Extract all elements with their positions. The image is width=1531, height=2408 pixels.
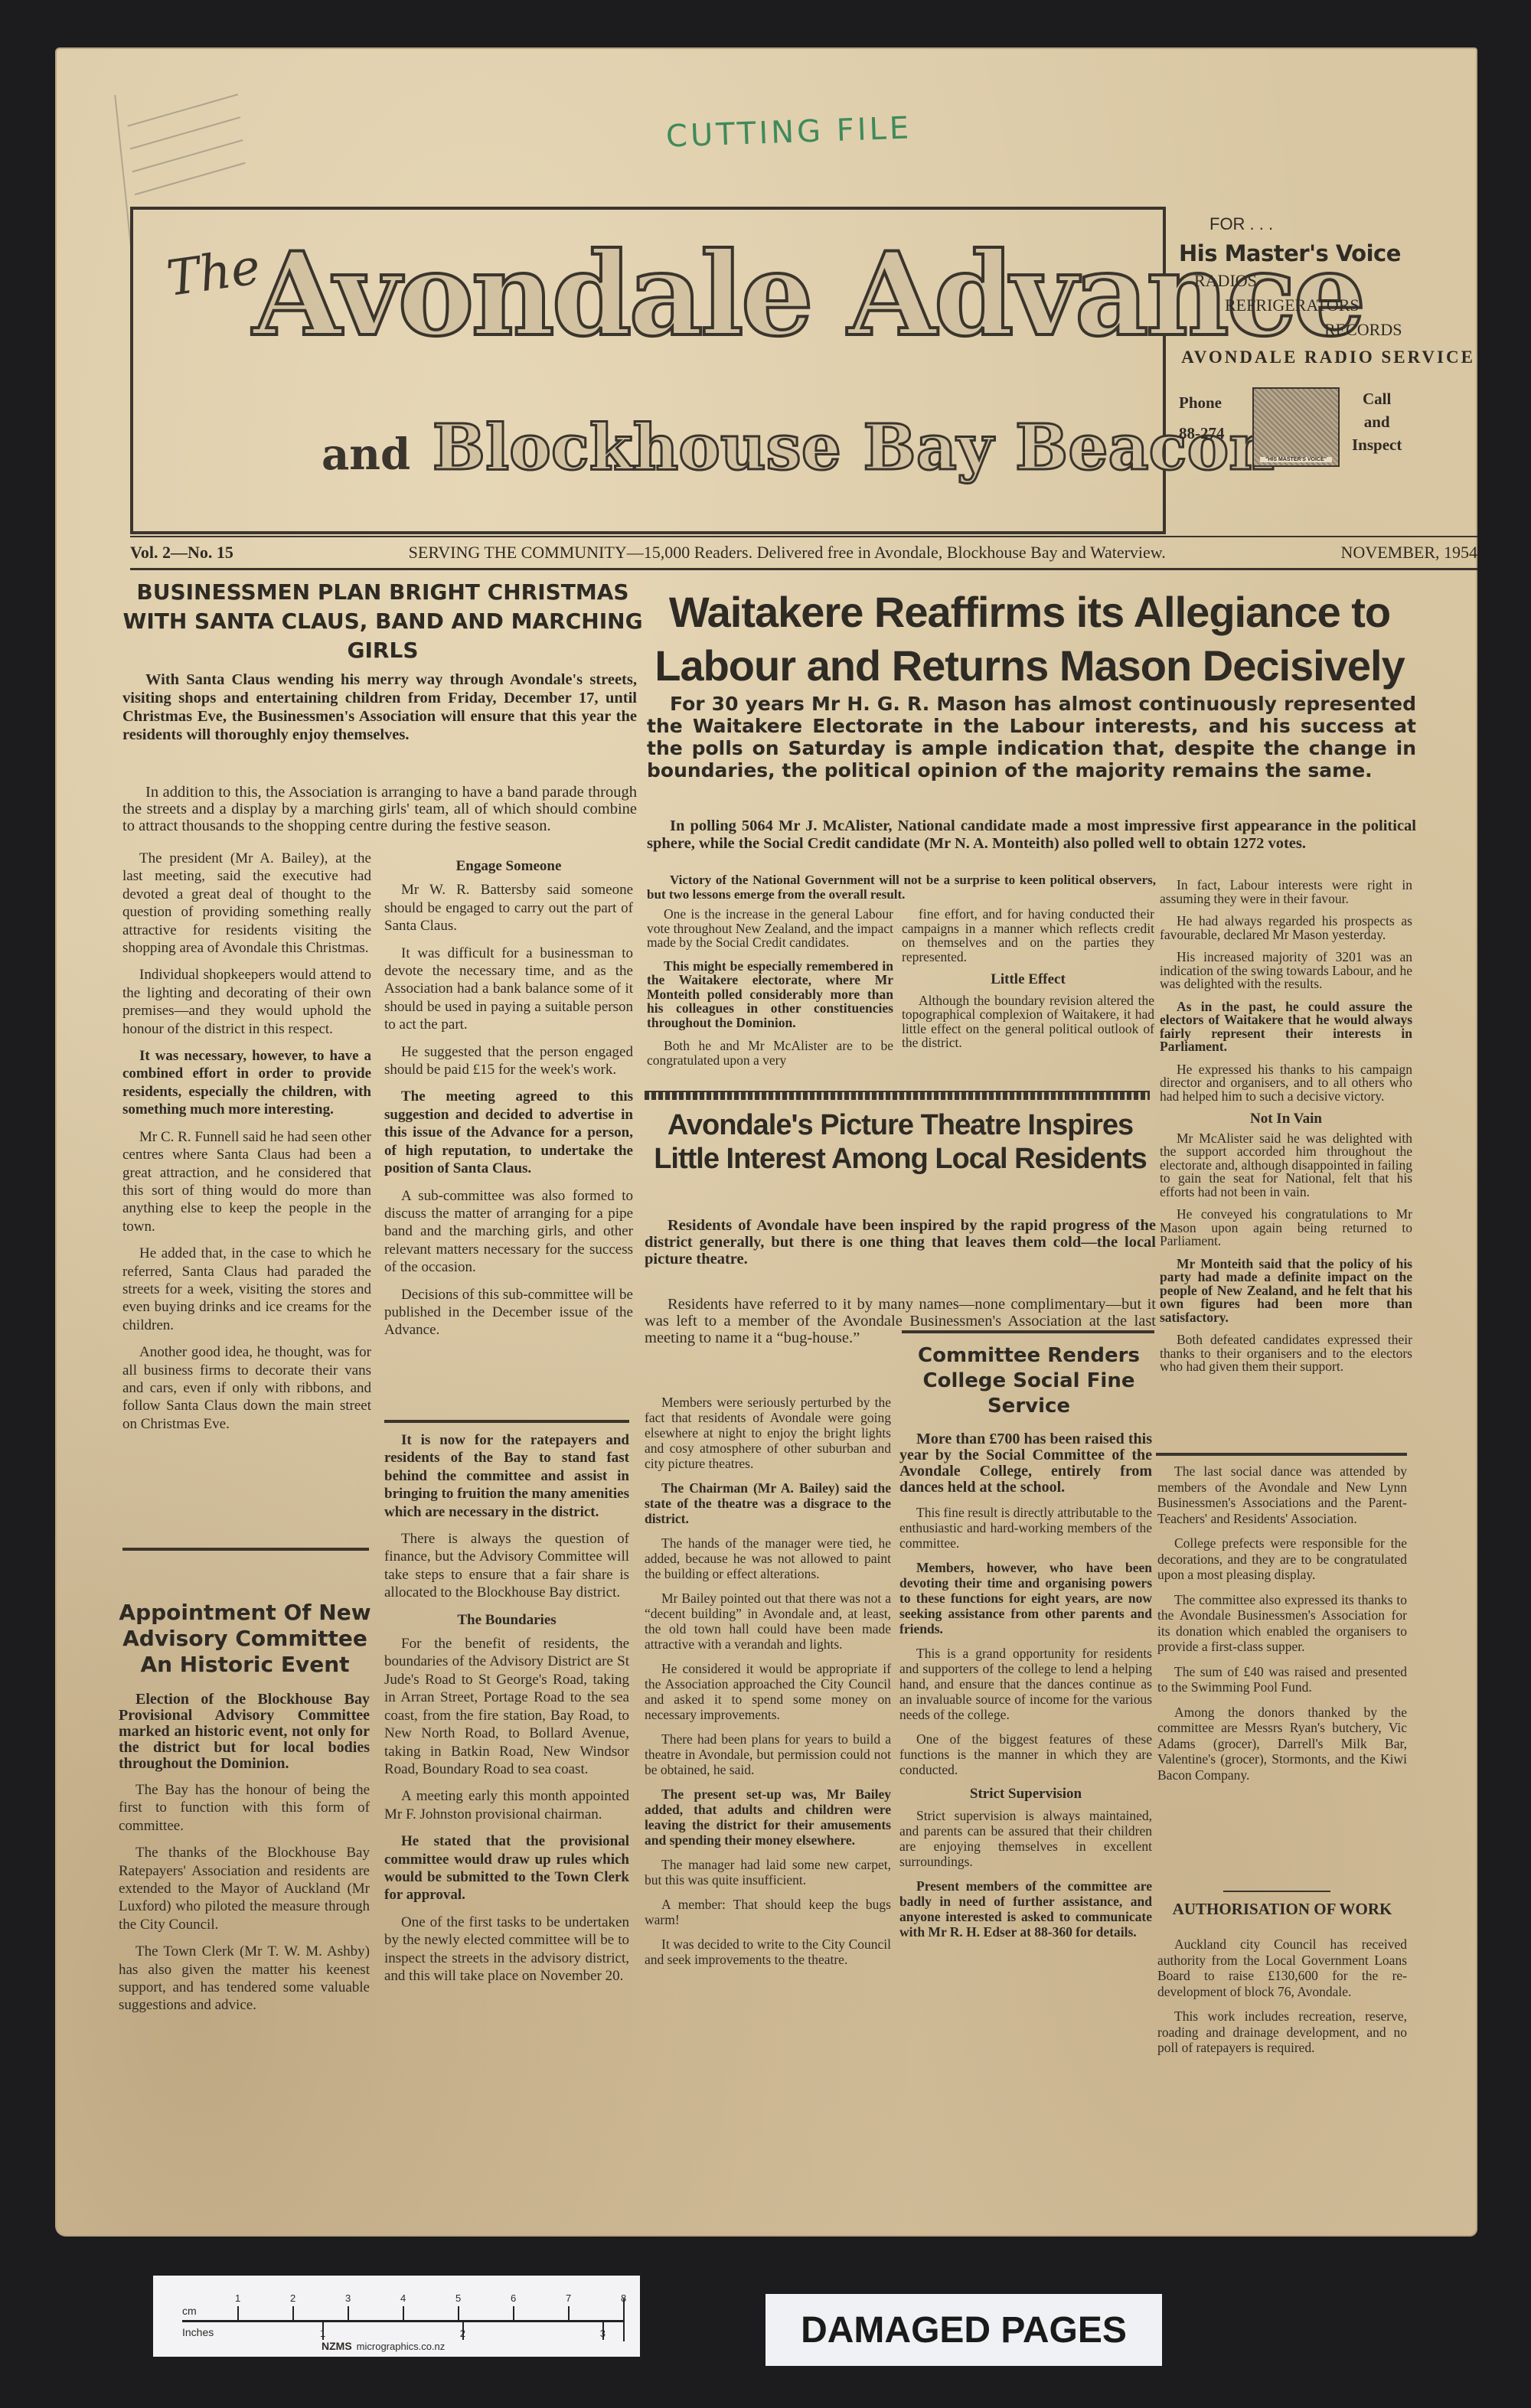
paragraph: It is now for the ratepayers and residen… — [384, 1431, 629, 1521]
christmas-col2: Engage Someone Mr W. R. Battersby said s… — [384, 850, 633, 1349]
ad-item: REFRIGERATORS — [1225, 295, 1477, 315]
theatre-lead2: Residents have referred to it by many na… — [645, 1296, 1156, 1346]
cm-tick — [237, 2306, 239, 2322]
paragraph: The committee also expressed its thanks … — [1157, 1592, 1407, 1655]
paragraph: He expressed his thanks to his campaign … — [1160, 1063, 1412, 1104]
inch-tick-label: 2 — [460, 2328, 465, 2339]
ad-brand: His Master's Voice — [1179, 240, 1477, 266]
logo-caption: "HIS MASTER'S VOICE" — [1260, 457, 1332, 462]
paragraph: Mr C. R. Funnell said he had seen other … — [122, 1128, 371, 1235]
waitakere-lead2: In polling 5064 Mr J. McAlister, Nationa… — [647, 817, 1416, 853]
hmv-advertisement: FOR . . . His Master's Voice RADIOS REFR… — [1179, 214, 1477, 467]
paragraph: For the benefit of residents, the bounda… — [384, 1635, 629, 1778]
college-col2: The last social dance was attended by me… — [1157, 1463, 1407, 1792]
paragraph: The Town Clerk (Mr T. W. M. Ashby) has a… — [119, 1943, 370, 2015]
ad-call-to-action: Call and Inspect — [1352, 387, 1402, 456]
paragraph: One of the first tasks to be undertaken … — [384, 1914, 629, 1985]
divider — [122, 1548, 369, 1551]
cm-tick — [403, 2306, 404, 2322]
paragraph: As in the past, he could assure the elec… — [1160, 1000, 1412, 1054]
ad-business: AVONDALE RADIO SERVICE — [1179, 347, 1477, 367]
authorisation-body-list: Auckland city Council has received autho… — [1157, 1937, 1407, 2056]
divider — [1156, 1453, 1407, 1456]
theatre-col1-body: Members were seriously perturbed by the … — [645, 1395, 891, 1967]
paragraph: Individual shopkeepers would attend to t… — [122, 966, 371, 1038]
cm-tick-label: 3 — [345, 2292, 351, 2304]
paragraph: In fact, Labour interests were right in … — [1160, 879, 1412, 905]
hmv-logo-icon: "HIS MASTER'S VOICE" — [1252, 387, 1340, 467]
divider — [902, 1330, 1154, 1333]
cm-tick — [568, 2306, 570, 2322]
scale-ruler-card: cm Inches 12345678123 NZMSmicrographics.… — [153, 2276, 640, 2357]
cm-label: cm — [182, 2305, 197, 2317]
damaged-pages-label: DAMAGED PAGES — [765, 2294, 1162, 2366]
paragraph: He considered it would be appropriate if… — [645, 1661, 891, 1722]
paragraph: Mr Monteith said that the policy of his … — [1160, 1258, 1412, 1325]
cta-word: Call — [1352, 387, 1402, 410]
paragraph: The meeting agreed to this suggestion an… — [384, 1088, 633, 1177]
waitakere-col2: fine effort, and for having conducted th… — [902, 907, 1154, 1059]
cm-tick — [292, 2306, 294, 2322]
paragraph: He had always regarded his prospects as … — [1160, 915, 1412, 941]
paragraph: It was necessary, however, to have a com… — [122, 1047, 371, 1119]
paragraph: The president (Mr A. Bailey), at the las… — [122, 850, 371, 957]
paragraph: Members, however, who have been devoting… — [899, 1560, 1152, 1636]
waitakere-subhead: Little Effect — [902, 973, 1154, 987]
college-lead: More than £700 has been raised this year… — [899, 1431, 1152, 1496]
authorisation-body: Auckland city Council has received autho… — [1157, 1937, 1407, 2065]
advisory-headline: Appointment Of New Advisory Committee An… — [119, 1600, 371, 1678]
paragraph: Mr W. R. Battersby said someone should b… — [384, 881, 633, 935]
paragraph: Members were seriously perturbed by the … — [645, 1395, 891, 1471]
brand-name: NZMS — [322, 2340, 352, 2352]
ad-phone: Phone 88-274 — [1179, 387, 1240, 449]
paragraph: The Bay has the honour of being the firs… — [119, 1781, 370, 1835]
ad-item: RADIOS — [1194, 271, 1477, 291]
paragraph: He added that, in the case to which he r… — [122, 1245, 371, 1334]
advisory-col1-body: The Bay has the honour of being the firs… — [119, 1781, 370, 2015]
waitakere-subhead2: Not In Vain — [1160, 1112, 1412, 1126]
brand-website: micrographics.co.nz — [357, 2341, 446, 2352]
paragraph: The Chairman (Mr A. Bailey) said the sta… — [645, 1480, 891, 1526]
paragraph: It was decided to write to the City Coun… — [645, 1937, 891, 1967]
ad-phone-label: Phone — [1179, 387, 1240, 418]
paragraph: The last social dance was attended by me… — [1157, 1463, 1407, 1526]
college-col1b-body: Strict supervision is always maintained,… — [899, 1808, 1152, 1940]
college-subhead: Strict Supervision — [899, 1786, 1152, 1802]
inch-tick-label: 3 — [600, 2328, 606, 2339]
paragraph: College prefects were responsible for th… — [1157, 1535, 1407, 1583]
waitakere-col2-body: fine effort, and for having conducted th… — [902, 907, 1154, 964]
paragraph: There had been plans for years to build … — [645, 1731, 891, 1777]
paragraph: This work includes recreation, reserve, … — [1157, 2008, 1407, 2056]
scale-brand: NZMSmicrographics.co.nz — [322, 2340, 445, 2352]
paragraph: Another good idea, he thought, was for a… — [122, 1343, 371, 1433]
paragraph: Mr McAlister said he was delighted with … — [1160, 1132, 1412, 1199]
cm-tick-label: 7 — [566, 2292, 571, 2304]
waitakere-col2b-body: Although the boundary revision altered t… — [902, 994, 1154, 1050]
paragraph: Although the boundary revision altered t… — [902, 994, 1154, 1050]
advisory-col2: It is now for the ratepayers and residen… — [384, 1431, 629, 1994]
theatre-lead: Residents of Avondale have been inspired… — [645, 1217, 1156, 1268]
cm-tick-label: 5 — [455, 2292, 461, 2304]
masthead-subtitle: and Blockhouse Bay Beacon — [322, 409, 1087, 493]
authorisation-headline: AUTHORISATION OF WORK — [1156, 1901, 1409, 1917]
paragraph: His increased majority of 3201 was an in… — [1160, 951, 1412, 991]
advisory-col1: Election of the Blockhouse Bay Provision… — [119, 1692, 370, 2024]
paragraph: The thanks of the Blockhouse Bay Ratepay… — [119, 1844, 370, 1933]
paragraph: The hands of the manager were tied, he a… — [645, 1535, 891, 1581]
paragraph: One of the biggest features of these fun… — [899, 1731, 1152, 1777]
waitakere-lead: For 30 years Mr H. G. R. Mason has almos… — [647, 693, 1416, 781]
christmas-subhead: Engage Someone — [384, 857, 633, 875]
paragraph: Among the donors thanked by the committe… — [1157, 1705, 1407, 1783]
issue-tagline: SERVING THE COMMUNITY—15,000 Readers. De… — [409, 543, 1166, 563]
paragraph: He suggested that the person engaged sho… — [384, 1043, 633, 1079]
waitakere-lead3: Victory of the National Government will … — [647, 873, 1156, 902]
paragraph: The sum of £40 was raised and presented … — [1157, 1664, 1407, 1695]
paragraph: Both defeated candidates expressed their… — [1160, 1333, 1412, 1374]
cm-tick-label: 2 — [290, 2292, 295, 2304]
christmas-lead: With Santa Claus wending his merry way t… — [122, 671, 637, 744]
christmas-col1: The president (Mr A. Bailey), at the las… — [122, 850, 371, 1442]
cm-tick-label: 6 — [511, 2292, 516, 2304]
paragraph: This is a grand opportunity for resident… — [899, 1646, 1152, 1722]
cm-tick-label: 1 — [235, 2292, 240, 2304]
divider — [384, 1420, 629, 1423]
paragraph: Mr Bailey pointed out that there was not… — [645, 1591, 891, 1652]
paragraph: This fine result is directly attributabl… — [899, 1505, 1152, 1551]
paragraph: He conveyed his congratulations to Mr Ma… — [1160, 1208, 1412, 1248]
waitakere-col3-body: In fact, Labour interests were right in … — [1160, 879, 1412, 1103]
waitakere-col1-body: One is the increase in the general Labou… — [647, 907, 893, 1067]
inch-tick-label: 1 — [320, 2328, 325, 2339]
waitakere-headline: Waitakere Reaffirms its Allegiance to La… — [647, 586, 1412, 693]
cm-tick — [458, 2306, 459, 2322]
advisory-col2b-body: For the benefit of residents, the bounda… — [384, 1635, 629, 1985]
paragraph: Decisions of this sub-committee will be … — [384, 1286, 633, 1339]
issue-volume: Vol. 2—No. 15 — [130, 543, 233, 563]
dashed-divider — [645, 1091, 1150, 1100]
paragraph: The manager had laid some new carpet, bu… — [645, 1857, 891, 1888]
paragraph: This might be especially remembered in t… — [647, 959, 893, 1030]
inches-label: Inches — [182, 2326, 214, 2338]
cta-word: and — [1352, 410, 1402, 433]
college-col1-body: This fine result is directly attributabl… — [899, 1505, 1152, 1777]
cm-tick — [348, 2306, 349, 2322]
christmas-lead2: In addition to this, the Association is … — [122, 784, 637, 834]
christmas-headline: BUSINESSMEN PLAN BRIGHT CHRISTMAS WITH S… — [122, 578, 643, 665]
divider — [1223, 1891, 1330, 1892]
paragraph: He stated that the provisional committee… — [384, 1832, 629, 1904]
advisory-lead: Election of the Blockhouse Bay Provision… — [119, 1692, 370, 1772]
paragraph: Both he and Mr McAlister are to be congr… — [647, 1039, 893, 1067]
theatre-col1: Members were seriously perturbed by the … — [645, 1395, 891, 1976]
christmas-col2-body: Mr W. R. Battersby said someone should b… — [384, 881, 633, 1339]
advisory-subhead: The Boundaries — [384, 1611, 629, 1629]
ruler-end — [623, 2299, 625, 2341]
paragraph: The present set-up was, Mr Bailey added,… — [645, 1786, 891, 1848]
cm-tick — [513, 2306, 514, 2322]
waitakere-col3b-body: Mr McAlister said he was delighted with … — [1160, 1132, 1412, 1374]
waitakere-col1: One is the increase in the general Labou… — [647, 907, 893, 1076]
paragraph: fine effort, and for having conducted th… — [902, 907, 1154, 964]
waitakere-col3: In fact, Labour interests were right in … — [1160, 879, 1412, 1383]
issue-date: NOVEMBER, 1954 — [1341, 543, 1477, 563]
paragraph: Present members of the committee are bad… — [899, 1878, 1152, 1940]
ad-for: FOR . . . — [1209, 214, 1477, 234]
masthead-title: Avondale Advance — [253, 230, 1133, 360]
theatre-headline: Avondale's Picture Theatre Inspires Litt… — [645, 1108, 1156, 1176]
masthead-and: and — [322, 429, 410, 480]
masthead-subtitle-text: Blockhouse Bay Beacon — [433, 411, 1275, 485]
college-headline: Committee Renders College Social Fine Se… — [903, 1343, 1154, 1419]
cta-word: Inspect — [1352, 433, 1402, 456]
paragraph: A member: That should keep the bugs warm… — [645, 1897, 891, 1927]
paragraph: It was difficult for a businessman to de… — [384, 945, 633, 1034]
ad-phone-number: 88-274 — [1179, 418, 1240, 449]
ad-item: RECORDS — [1324, 320, 1477, 340]
cm-tick-label: 4 — [400, 2292, 406, 2304]
paragraph: A sub-committee was also formed to discu… — [384, 1187, 633, 1277]
paragraph: A meeting early this month appointed Mr … — [384, 1787, 629, 1823]
college-col2-body: The last social dance was attended by me… — [1157, 1463, 1407, 1783]
paragraph: Strict supervision is always maintained,… — [899, 1808, 1152, 1869]
paragraph: Auckland city Council has received autho… — [1157, 1937, 1407, 1999]
paragraph: There is always the question of finance,… — [384, 1530, 629, 1602]
advisory-col2-body: It is now for the ratepayers and residen… — [384, 1431, 629, 1602]
college-col1: More than £700 has been raised this year… — [899, 1431, 1152, 1949]
paragraph: One is the increase in the general Labou… — [647, 907, 893, 950]
issue-bar: Vol. 2—No. 15 SERVING THE COMMUNITY—15,0… — [130, 536, 1477, 570]
